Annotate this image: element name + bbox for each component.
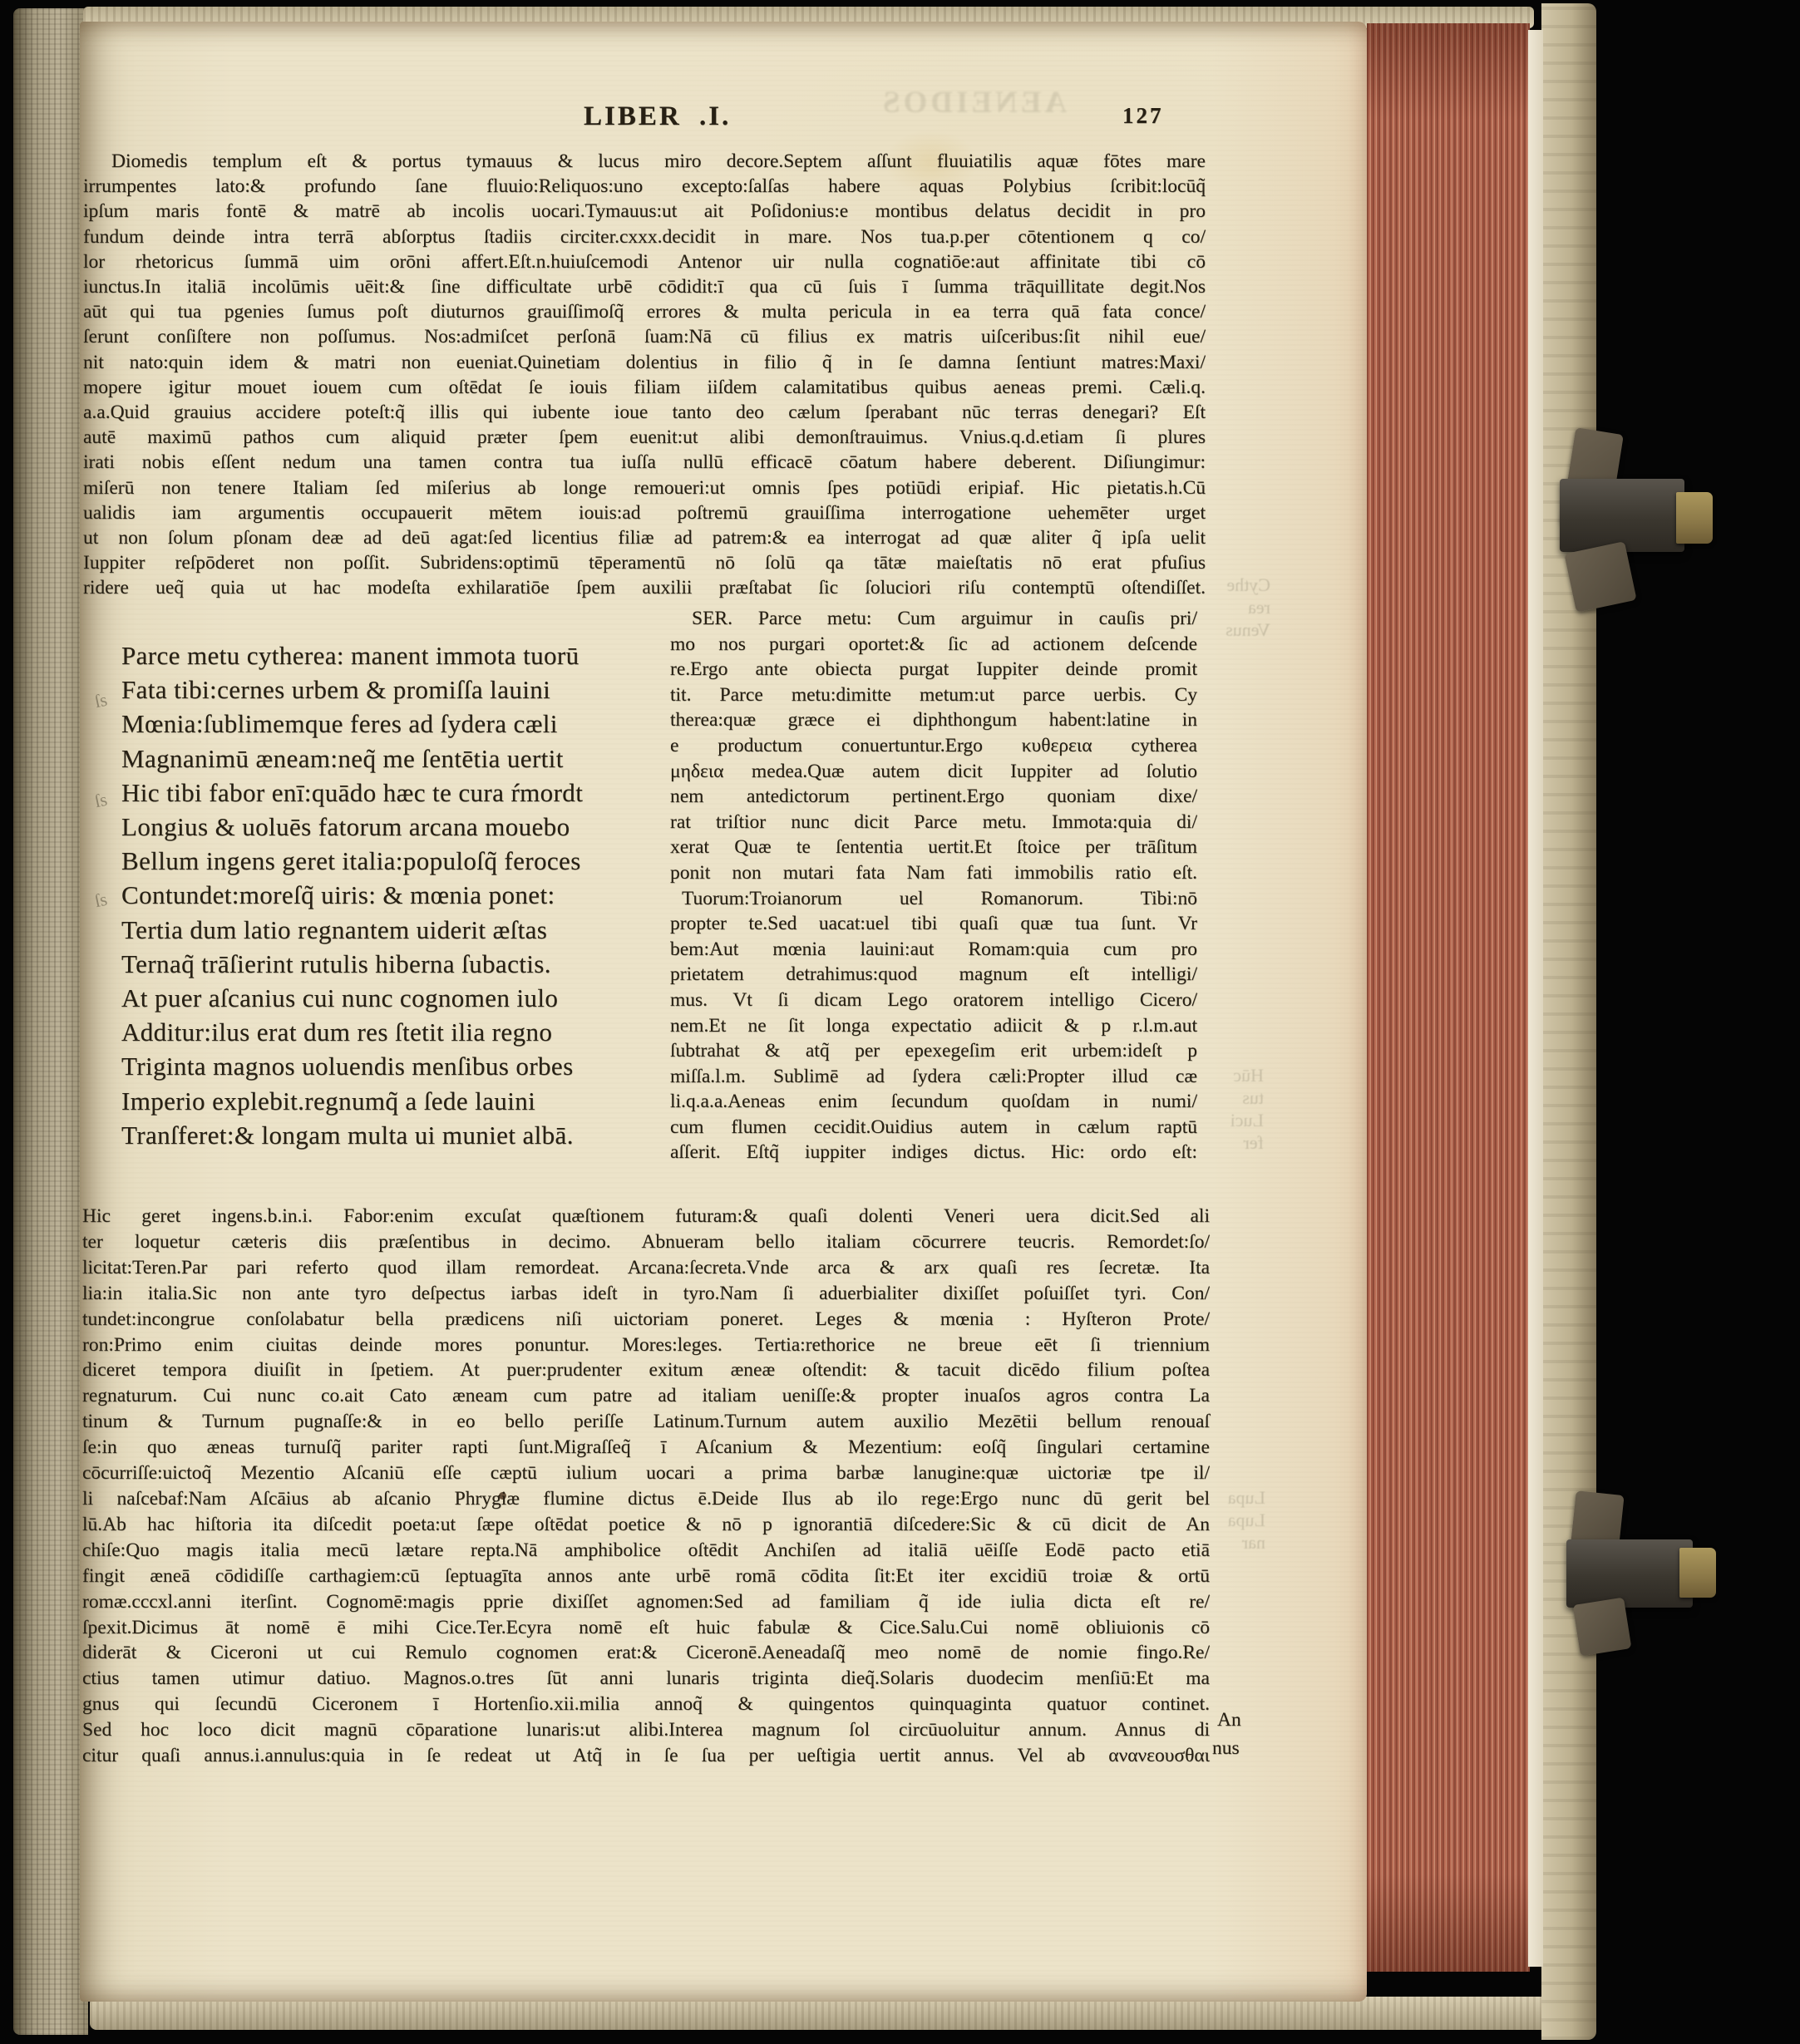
- text-line: ron:Primo enim ciuitas deinde mores ponu…: [82, 1332, 1210, 1358]
- text-line: ſerunt conſiſtere non poſſumus. Nos:admi…: [83, 324, 1206, 349]
- text-line: irrumpentes lato:& profundo ſane fluuio:…: [83, 174, 1206, 199]
- text-line: citur quaſi annus.i.annulus:quia in ſe r…: [82, 1743, 1210, 1769]
- text-line: irati nobis eſſent nedum una tamen contr…: [83, 450, 1206, 475]
- text-line: miſerū non tenere Italiam ſed miſerius a…: [83, 475, 1206, 500]
- text-line: mus. Vt ſi dicam Lego oratorem intelligo…: [670, 988, 1197, 1013]
- verse-line: Contundet:moreſq̃ uiris: & mœnia ponet:: [121, 878, 670, 912]
- text-line: a.a.Quid grauius accidere poteſt:q̃ illi…: [83, 400, 1206, 425]
- clasp-bottom-strap: [1566, 1539, 1693, 1608]
- text-line: Sed hoc loco dicit magnū cōparatione lun…: [82, 1717, 1210, 1743]
- text-line: Tuorum:Troianorum uel Romanorum. Tibi:nō: [670, 886, 1197, 912]
- text-line: μηδεια medea.Quæ autem dicit Iuppiter ad…: [670, 759, 1197, 785]
- running-title: LIBER .I.: [584, 101, 731, 132]
- clasp-top-leather-lower: [1564, 541, 1636, 613]
- text-line: regnaturum. Cui nunc co.ait Cato æneam c…: [82, 1383, 1210, 1409]
- text-line: ridere ueq̃ quia ut hac modeſta exhilara…: [83, 575, 1206, 600]
- verse-line: Hic tibi fabor enī:quādo hæc te cura ŕmo…: [121, 776, 670, 810]
- showthrough-line: Lupa: [1204, 1486, 1265, 1509]
- verse-column: Parce metu cytherea: manent immota tuorū…: [121, 638, 670, 1152]
- text-line: cōcurriſſe:uictoq̃ Mezentio Aſcaniū eſſe…: [82, 1460, 1210, 1486]
- verse-line: Fata tibi:cernes urbem & promiſſa lauini: [121, 672, 670, 707]
- text-line: licitat:Teren.Par pari referto quod illa…: [82, 1255, 1210, 1281]
- text-line: xerat Quæ te ſententia uertit.Et ſtoice …: [670, 835, 1197, 860]
- text-line: ſpexit.Dicimus āt nomē ē mihi Cice.Ter.E…: [82, 1615, 1210, 1641]
- text-line: ualidis iam argumentis occupauerit mētem…: [83, 500, 1206, 525]
- book-photo: AENEIDOS LIBER .I. 127 Diomedis templum …: [0, 0, 1800, 2044]
- clasp-bottom-leather-lower: [1573, 1598, 1632, 1657]
- verse-line: Additur:ilus erat dum res ſtetit ilia re…: [121, 1015, 670, 1049]
- text-line: fingit æneā cōdidiſſe carthagiem:cū ſept…: [82, 1564, 1210, 1589]
- bottom-commentary-block: Hic geret ingens.b.in.i. Fabor:enim excu…: [82, 1204, 1210, 1769]
- text-line: ipſum maris fontē & matrē ab incolis uoc…: [83, 199, 1206, 224]
- text-line: ter loquetur cæteris diis præſentibus in…: [82, 1229, 1210, 1255]
- verse-line: Triginta magnos uoluendis menſibus orbes: [121, 1049, 670, 1083]
- text-line: diceret tempora diuiſit in ſpetiem. At p…: [82, 1357, 1210, 1383]
- text-line: Iuppiter reſpōderet non poſſit. Subriden…: [83, 550, 1206, 575]
- verse-line: Parce metu cytherea: manent immota tuorū: [121, 638, 670, 672]
- text-line: ponit non mutari fata Nam fati immobilis…: [670, 860, 1197, 886]
- text-line: miſſa.l.m. Sublimē ad ſydera cæli:Propte…: [670, 1064, 1197, 1090]
- text-line: e productum conuertuntur.Ergo κυθερεια c…: [670, 733, 1197, 759]
- top-commentary-block: Diomedis templum eſt & portus tymauus & …: [83, 149, 1206, 601]
- text-line: SER. Parce metu: Cum arguimur in cauſis …: [670, 606, 1197, 632]
- clasp-bottom-brass-tip: [1679, 1548, 1716, 1598]
- text-line: ctius tamen utimur datiuo. Magnos.o.tres…: [82, 1666, 1210, 1692]
- verse-line: Magnanimū æneam:neq̃ me ſentētia uertit: [121, 741, 670, 776]
- text-line: chiſe:Quo magis italia mecū lætare repta…: [82, 1538, 1210, 1564]
- text-line: re.Ergo ante obiecta purgat Iuppiter dei…: [670, 657, 1197, 682]
- fore-edge-inner-strip: [1528, 30, 1543, 1967]
- text-line: fundum deinde intra terrā abſorptus ſtad…: [83, 224, 1206, 249]
- text-line: Hic geret ingens.b.in.i. Fabor:enim excu…: [82, 1204, 1210, 1229]
- text-line: diderāt & Ciceroni ut cui Remulo cognome…: [82, 1640, 1210, 1666]
- margin-word-an: An: [1217, 1709, 1241, 1731]
- text-line: tundet:incongrue conſolabatur bella præd…: [82, 1307, 1210, 1332]
- verse-line: At puer aſcanius cui nunc cognomen iulo: [121, 981, 670, 1015]
- text-line: tit. Parce metu:dimitte metum:ut parce u…: [670, 682, 1197, 708]
- showthrough-line: Luci: [1206, 1109, 1264, 1131]
- showthrough-line: rea: [1204, 596, 1270, 618]
- cover-edge: [1541, 3, 1596, 2040]
- text-line: cum flumen cecidit.Ouidius autem in cælu…: [670, 1115, 1197, 1140]
- text-line: lū.Ab hac hiſtoria ita diſcedit poeta:ut…: [82, 1512, 1210, 1538]
- showthrough-line: nar: [1204, 1531, 1265, 1554]
- text-line: aſſerit. Eſtq̃ iuppiter indiges dictus. …: [670, 1140, 1197, 1165]
- text-line: mopere igitur mouet iouem cum oſtēdat ſe…: [83, 375, 1206, 400]
- showthrough-line: Lupa: [1204, 1509, 1265, 1531]
- showthrough-line: Cythe: [1204, 574, 1270, 596]
- text-line: rat triſtior nunc dicit Parce metu. Immo…: [670, 810, 1197, 835]
- verso-showthrough-title: AENEIDOS: [880, 85, 1067, 121]
- text-line: romæ.cccxl.anni iterſint. Cognomē:magis …: [82, 1589, 1210, 1615]
- text-line: propter te.Sed uacat:uel tibi quaſi quæ …: [670, 911, 1197, 937]
- folio-number: 127: [1122, 103, 1164, 129]
- verse-line: Imperio explebit.regnumq̃ a ſede lauini: [121, 1084, 670, 1118]
- text-line: gnus qui ſecundū Ciceronem ī Hortenſio.x…: [82, 1692, 1210, 1717]
- verse-line: Tranſferet:& longam multa ui muniet albā…: [121, 1118, 670, 1152]
- text-line: prietatem detrahimus:quod magnum eſt int…: [670, 962, 1197, 988]
- margin-word-nus: nus: [1212, 1737, 1240, 1760]
- text-line: nem antedictorum pertinent.Ergo quoniam …: [670, 784, 1197, 810]
- bottom-page-edges: [90, 1997, 1550, 2030]
- text-line: lia:in italia.Sic non ante tyro deſpectu…: [82, 1281, 1210, 1307]
- text-line: bem:Aut mœnia lauini:aut Romam:quia cum …: [670, 937, 1197, 963]
- left-page-edges: [13, 8, 88, 2035]
- servius-commentary-column: SER. Parce metu: Cum arguimur in cauſis …: [670, 606, 1197, 1165]
- showthrough-line: Venus: [1204, 618, 1270, 641]
- showthrough-note: CythereaVenus: [1204, 574, 1270, 641]
- text-line: aūt qui tua pgenies ſumus poſt diuturnos…: [83, 299, 1206, 324]
- showthrough-line: tus: [1206, 1086, 1264, 1109]
- text-line: iunctus.In italiā incolūmis uēit:& ſine …: [83, 274, 1206, 299]
- clasp-top-brass-tip: [1676, 492, 1713, 544]
- text-line: Diomedis templum eſt & portus tymauus & …: [83, 149, 1206, 174]
- text-line: ſubtrahat & atq̃ per epexegeſim erit urb…: [670, 1038, 1197, 1064]
- clasp-top-strap: [1560, 479, 1684, 552]
- verse-line: Mœnia:ſublimemque feres ad ſydera cæli: [121, 707, 670, 741]
- text-line: therea:quæ græce ei diphthongum habent:l…: [670, 707, 1197, 733]
- text-line: ut non ſolum pſonam deæ ad deū agat:ſed …: [83, 525, 1206, 550]
- text-line: tinum & Turnum pugnaſſe:& in eo bello pe…: [82, 1409, 1210, 1435]
- verse-line: Longius & uoluēs fatorum arcana mouebo: [121, 810, 670, 844]
- text-line: mo nos purgari oportet:& ſic ad actionem…: [670, 632, 1197, 658]
- showthrough-line: fer: [1206, 1131, 1264, 1154]
- text-line: ſe:in quo æneas turnuſq̃ pariter rapti ſ…: [82, 1435, 1210, 1460]
- text-line: autē maximū pathos cum aliquid præter ſp…: [83, 425, 1206, 450]
- text-line: nem.Et ne ſit longa expectatio adiicit &…: [670, 1013, 1197, 1039]
- text-line: li naſcebaf:Nam Aſcāius ab aſcanio Phryg…: [82, 1486, 1210, 1512]
- verse-line: Tertia dum latio regnantem uiderit æſtas: [121, 913, 670, 947]
- text-line: li.q.a.a.Aeneas enim ſecundum quoſdam in…: [670, 1089, 1197, 1115]
- showthrough-note: LupaLupanar: [1204, 1486, 1265, 1554]
- verse-line: Bellum ingens geret italia:populoſq̃ fer…: [121, 844, 670, 878]
- showthrough-line: Hūc: [1206, 1064, 1264, 1086]
- showthrough-note: HūctusLucifer: [1206, 1064, 1264, 1154]
- verse-line: Ternaq̃ trāſierint rutulis hiberna ſubac…: [121, 947, 670, 981]
- text-line: nit nato:quin idem & matri non eueniat.Q…: [83, 350, 1206, 375]
- red-fore-edge: [1367, 23, 1530, 1972]
- text-line: lor rhetoricus ſummā uim orōni affert.Eſ…: [83, 249, 1206, 274]
